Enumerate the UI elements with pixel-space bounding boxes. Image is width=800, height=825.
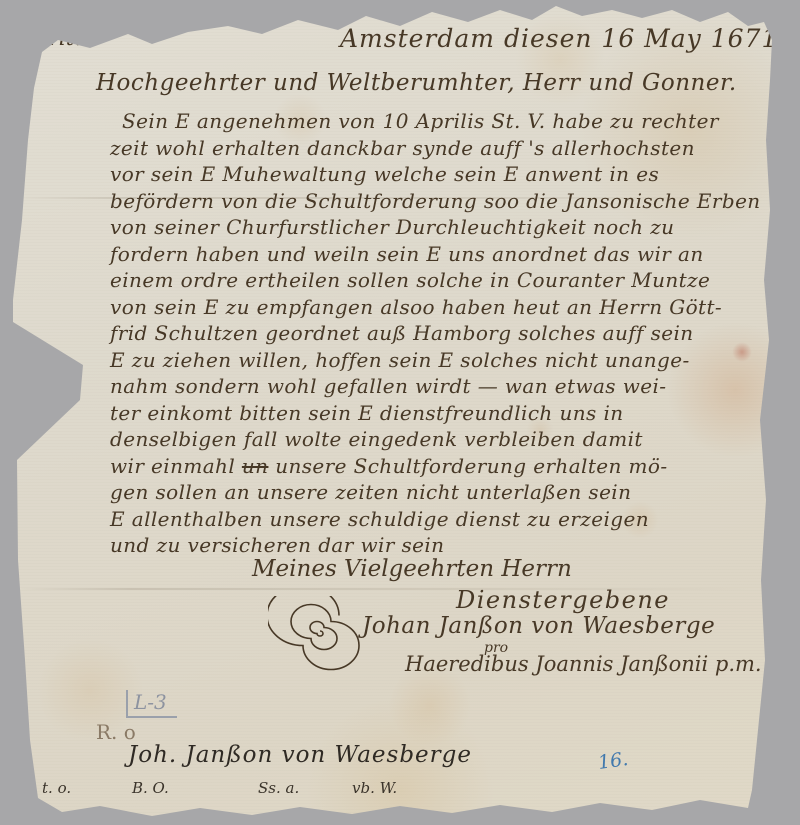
line14-prefix: wir einmahl (110, 454, 242, 478)
body-line: Sein E angenehmen von 10 Aprilis St. V. … (110, 108, 770, 135)
struck-word: un (242, 454, 269, 478)
body-line: zeit wohl erhalten danckbar synde auff '… (110, 135, 770, 162)
body-line: einem ordre ertheilen sollen solche in C… (110, 267, 770, 294)
closing-address: Meines Vielgeehrten Herrn (252, 556, 572, 582)
body-line: E zu ziehen willen, hoffen sein E solche… (110, 347, 770, 374)
letter-body: Sein E angenehmen von 10 Aprilis St. V. … (110, 108, 770, 559)
body-line: fordern haben und weiln sein E uns anord… (110, 241, 770, 268)
pencil-shelfmark: L-3 (126, 690, 177, 718)
body-line: von seiner Churfurstlicher Durchleuchtig… (110, 214, 770, 241)
body-line: frid Schultzen geordnet auß Hamborg solc… (110, 320, 770, 347)
signature-firm: Haeredibus Joannis Janßonii p.m. (405, 652, 762, 676)
body-line: denselbigen fall wolte eingedenk verblei… (110, 426, 770, 453)
body-line-with-strikethrough: wir einmahl un unsere Schultforderung er… (110, 453, 770, 480)
bottom-mark: vb. W. (352, 779, 397, 797)
body-line: ter einkomt bitten sein E dienstfreundli… (110, 400, 770, 427)
body-line: von sein E zu empfangen alsoo haben heut… (110, 294, 770, 321)
dateline: Amsterdam diesen 16 May 1671 (340, 24, 778, 53)
body-line: gen sollen an unsere zeiten nicht unterl… (110, 479, 770, 506)
body-line: nahm sondern wohl gefallen wirdt — wan e… (110, 373, 770, 400)
bottom-mark-row: t. o. B. O. Ss. a. vb. W. (0, 779, 800, 803)
tit-abbreviation: Tit. (44, 26, 82, 51)
salutation: Hochgeehrter und Weltberumhter, Herr und… (96, 70, 737, 96)
signature-spiral-flourish-icon (268, 596, 368, 672)
body-line: und zu versicheren dar wir sein (110, 532, 770, 559)
bottom-mark: Ss. a. (258, 779, 299, 797)
bottom-mark: t. o. (42, 779, 71, 797)
blue-pencil-number: 16. (597, 748, 630, 774)
registrar-mark: R. o (96, 720, 136, 744)
signature-name: Johan Janßon von Waesberge (362, 613, 715, 639)
bottom-mark: B. O. (132, 779, 169, 797)
closing-valediction: Dienstergebene (456, 586, 670, 614)
archival-name-annotation: Joh. Janßon von Waesberge (128, 742, 472, 768)
scanned-letter-page: { "letter": { "annotation_top_left": "Ti… (0, 0, 800, 825)
letter-paper-sheet: Tit. Amsterdam diesen 16 May 1671 Hochge… (0, 0, 800, 825)
body-line: vor sein E Muhewaltung welche sein E anw… (110, 161, 770, 188)
body-line: E allenthalben unsere schuldige dienst z… (110, 506, 770, 533)
body-line: befördern von die Schultforderung soo di… (110, 188, 770, 215)
line14-suffix: unsere Schultforderung erhalten mö- (268, 454, 667, 478)
